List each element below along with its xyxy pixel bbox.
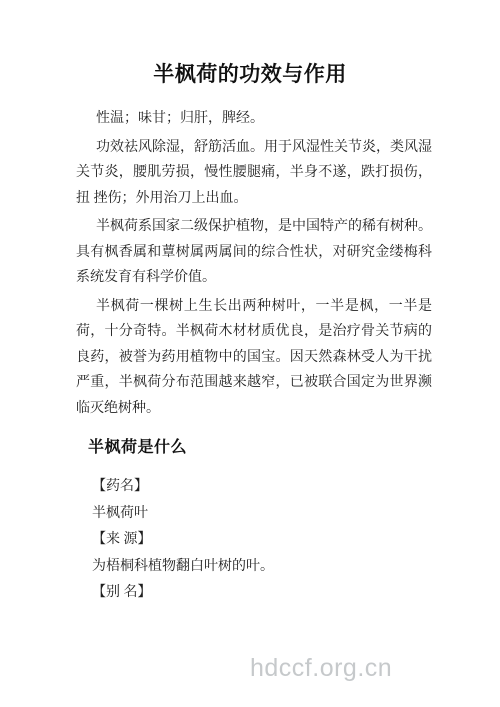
entry-label-source: 【来 源】 [76, 527, 432, 553]
section-heading-what-is: 半枫荷是什么 [88, 435, 432, 461]
entry-label-alias: 【别 名】 [76, 580, 432, 606]
document-body: 性温；味甘；归肝，脾经。 功效祛风除湿，舒筋活血。用于风湿性关节炎，类风湿 关节… [76, 106, 432, 606]
document-title: 半枫荷的功效与作用 [0, 59, 500, 91]
paragraph-effects-uses: 功效祛风除湿，舒筋活血。用于风湿性关节炎，类风湿 关节炎，腰肌劳损，慢性腰腿痛，… [76, 135, 432, 212]
paragraph-description: 半枫荷一棵树上生长出两种树叶，一半是枫，一半是荷，十分奇特。半枫荷木材材质优良，… [76, 294, 432, 422]
watermark-text: hdccf.org.cn [250, 654, 392, 683]
entry-label-drug-name: 【药名】 [76, 474, 432, 500]
entry-value-source: 为梧桐科植物翻白叶树的叶。 [76, 554, 432, 580]
paragraph-protected-species: 半枫荷系国家二级保护植物，是中国特产的稀有树种。具有枫香属和蕈树属两属间的综合性… [76, 214, 432, 291]
document-page: 半枫荷的功效与作用 性温；味甘；归肝，脾经。 功效祛风除湿，舒筋活血。用于风湿性… [0, 0, 500, 707]
entry-value-drug-name: 半枫荷叶 [76, 501, 432, 527]
paragraph-properties: 性温；味甘；归肝，脾经。 [76, 106, 432, 132]
